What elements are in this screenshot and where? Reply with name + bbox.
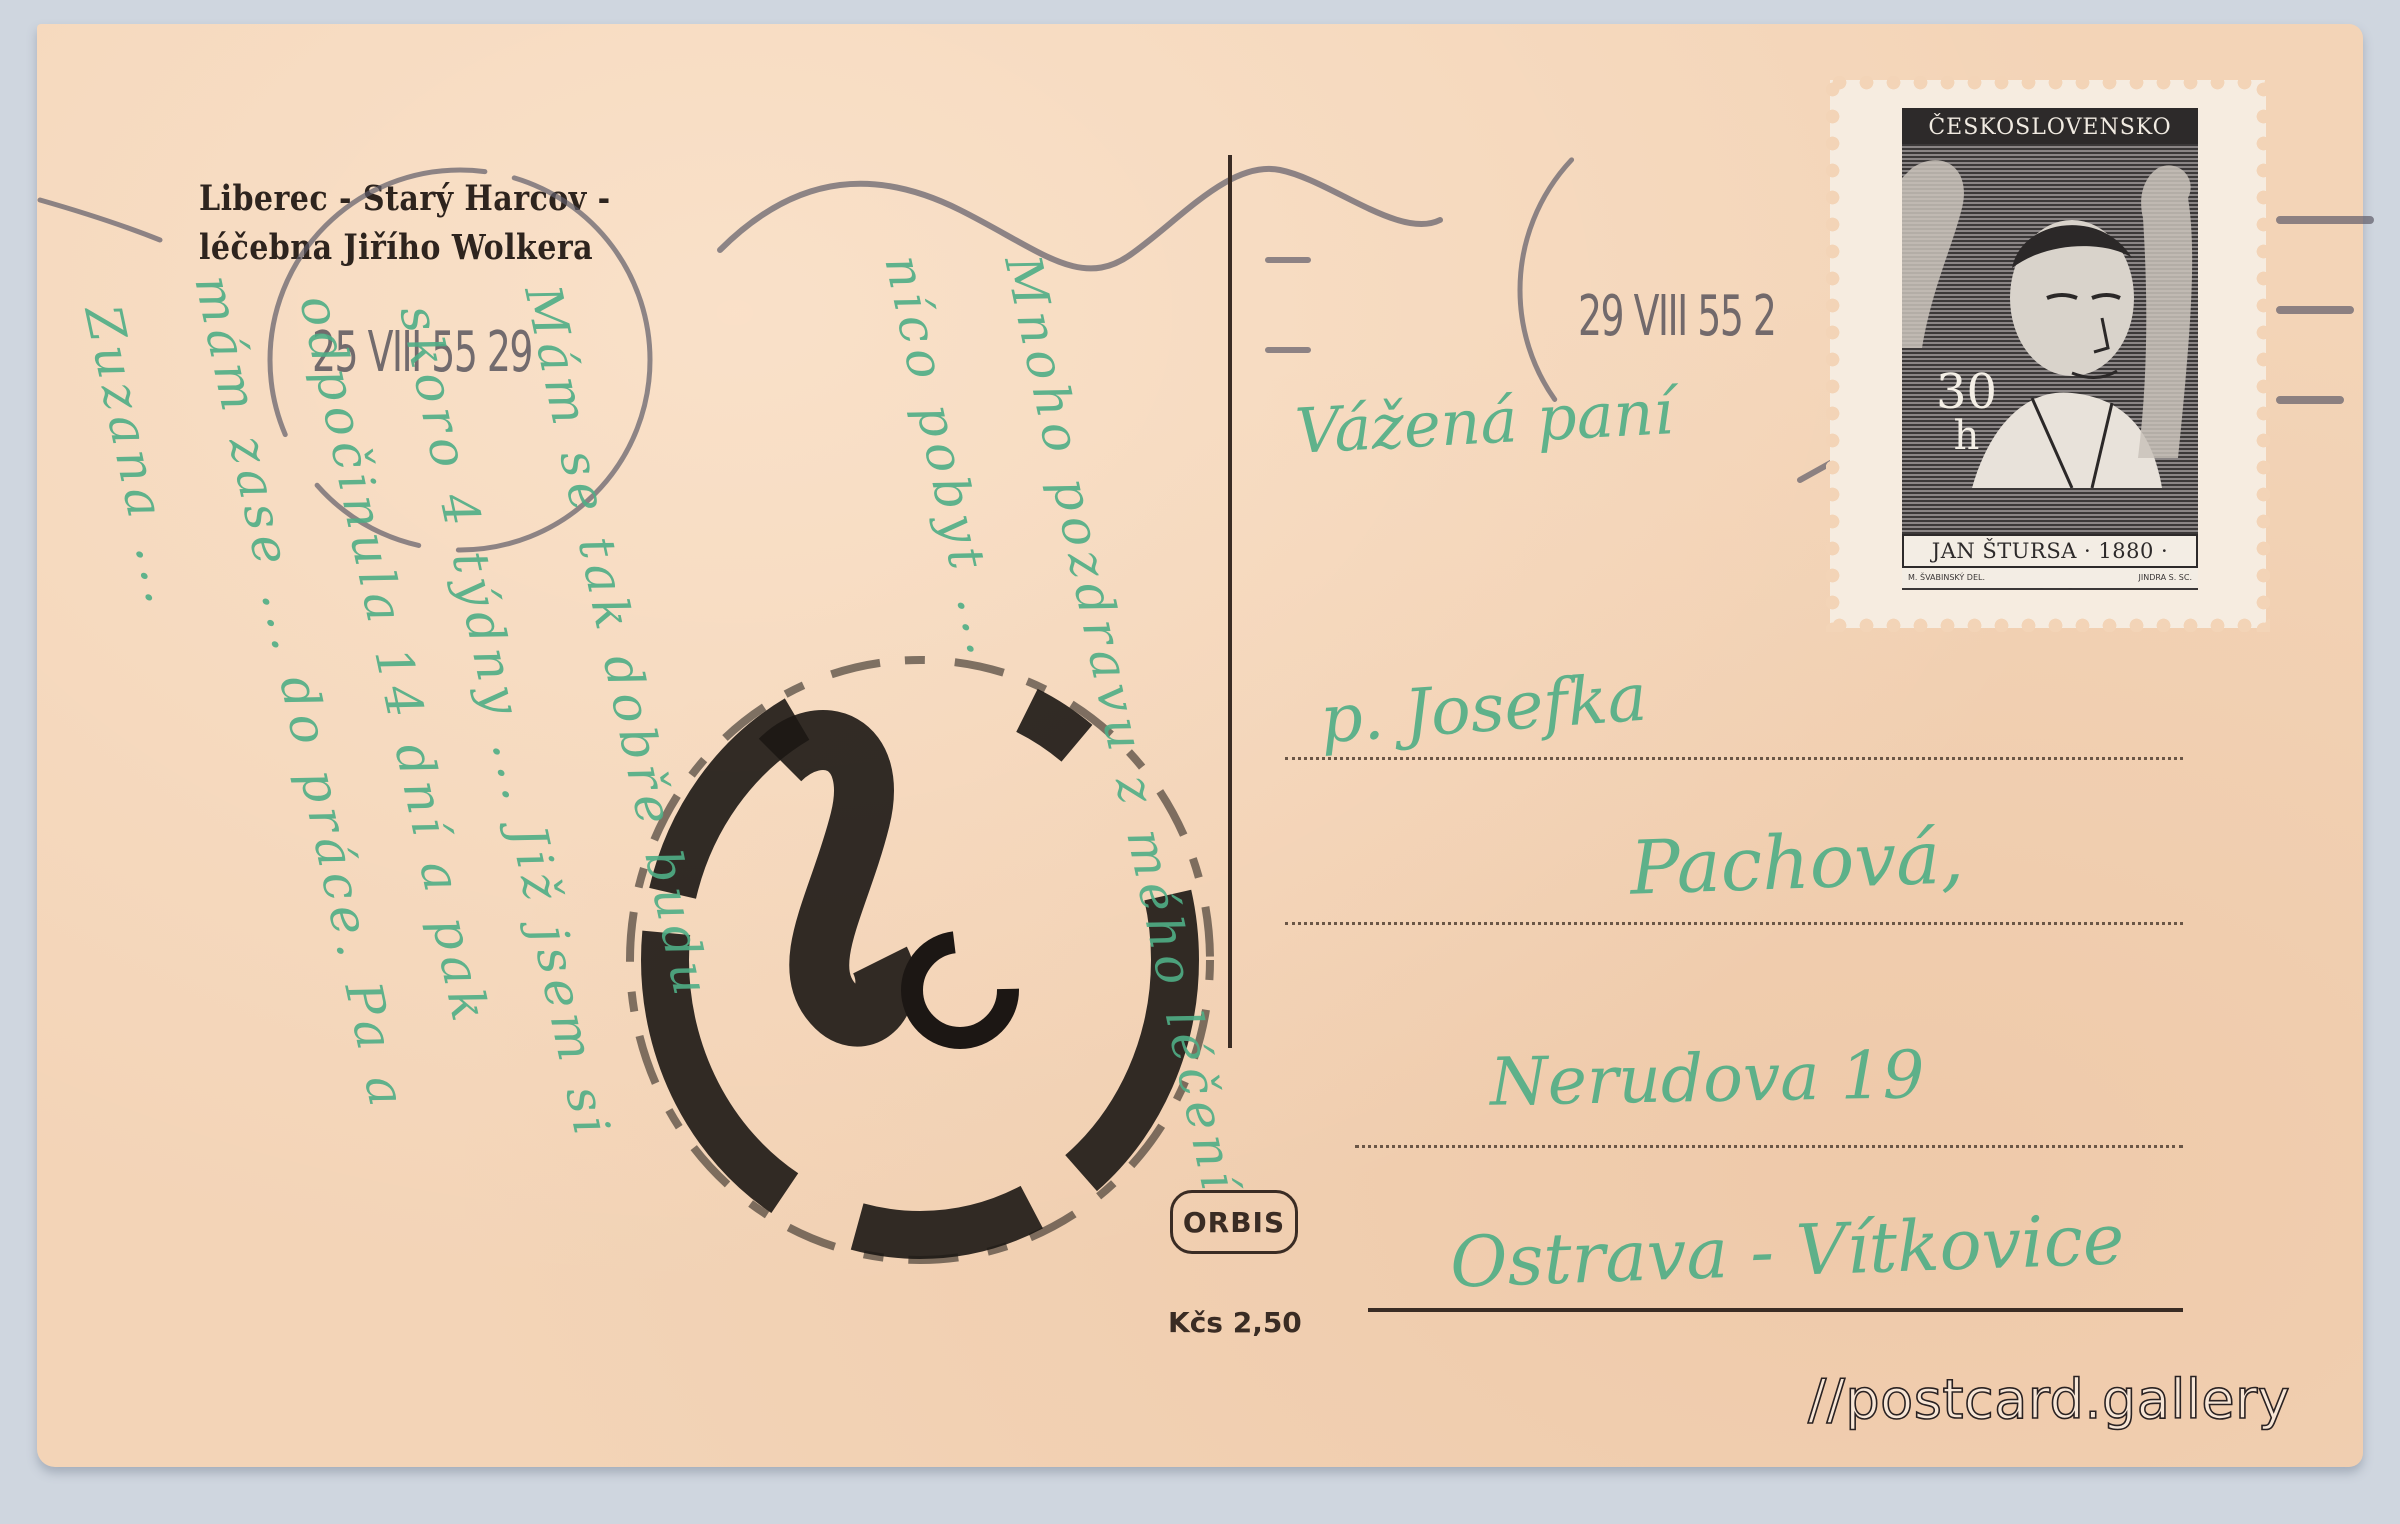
address-line-2 xyxy=(1285,922,2183,925)
stamp-credits: M. ŠVABINSKÝ DEL. JINDRA S. SC. xyxy=(1902,568,2198,588)
stamp-image: ČESKOSLOVENSKO 30 h JAN ŠTURSA · 1880 · … xyxy=(1902,108,2198,590)
address-surname: Pachová, xyxy=(1629,814,1965,912)
address-line-1 xyxy=(1285,757,2183,760)
postmark-date-right: 29 VIII 55 2 xyxy=(1578,284,1775,349)
stamp-designer: M. ŠVABINSKÝ DEL. xyxy=(1908,568,1985,588)
address-line-3 xyxy=(1355,1145,2183,1148)
sculpture-figure-right-icon xyxy=(2118,158,2198,458)
address-line-4 xyxy=(1368,1308,2183,1312)
message-address-divider xyxy=(1228,155,1232,1048)
stamp-value-unit: h xyxy=(1936,414,1997,458)
stamp-country: ČESKOSLOVENSKO xyxy=(1902,108,2198,144)
address-street: Nerudova 19 xyxy=(1489,1036,1925,1121)
price-label: Kčs 2,50 xyxy=(1168,1306,1302,1339)
caption-line-2: léčebna Jiřího Wolkera xyxy=(199,223,611,272)
stamp-value-number: 30 xyxy=(1936,364,1997,420)
stamp-value: 30 h xyxy=(1936,370,1997,458)
card-caption: Liberec - Starý Harcov - léčebna Jiřího … xyxy=(199,174,611,272)
stamp-subject: JAN ŠTURSA · 1880 · 1925 xyxy=(1902,534,2198,568)
orbis-publisher-logo: ORBIS xyxy=(1170,1190,1298,1254)
stamp-engraver: JINDRA S. SC. xyxy=(2139,568,2192,588)
postage-stamp: ČESKOSLOVENSKO 30 h JAN ŠTURSA · 1880 · … xyxy=(1830,80,2266,628)
caption-line-1: Liberec - Starý Harcov - xyxy=(199,174,611,223)
watermark: //postcard.gallery xyxy=(1808,1368,2290,1431)
sculpture-figure-left-icon xyxy=(1902,148,1972,348)
